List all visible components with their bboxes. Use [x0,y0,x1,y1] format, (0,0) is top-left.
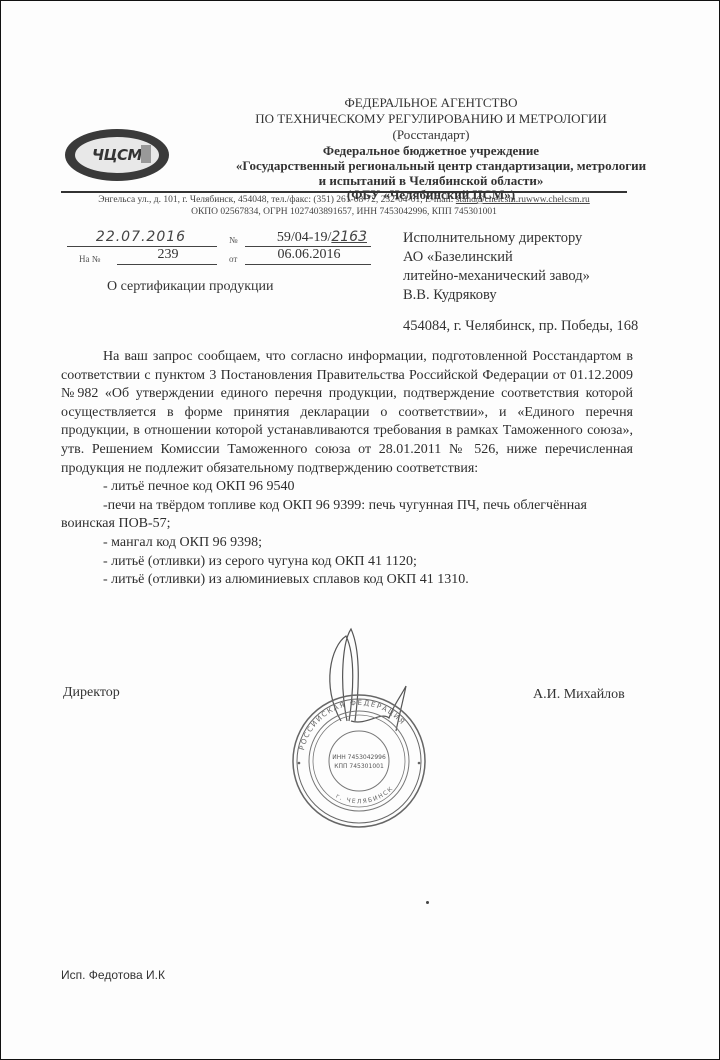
reply-to-number: 239 [119,247,217,263]
outgoing-number-printed: 59/04-19/ [277,230,331,245]
stamp-inn: ИНН 7453042996 [332,754,386,761]
product-item: - литьё (отливки) из серого чугуна код О… [61,553,633,572]
product-item: - литьё (отливки) из алюминиевых сплавов… [61,571,633,590]
executor-note: Исп. Федотова И.К [61,968,165,982]
official-stamp-icon: РОССИЙСКАЯ ФЕДЕРАЦИЯ г. ЧЕЛЯБИНСК ИНН 74… [289,691,429,831]
reply-to-underline [117,264,217,265]
svg-text:РОССИЙСКАЯ ФЕДЕРАЦИЯ: РОССИЙСКАЯ ФЕДЕРАЦИЯ [298,699,407,751]
letter-page: ЧЦСМ ФЕДЕРАЛЬНОЕ АГЕНТСТВО ПО ТЕХНИЧЕСКО… [0,0,720,1060]
stamp-ring-top: РОССИЙСКАЯ ФЕДЕРАЦИЯ [298,699,407,751]
logo-text: ЧЦСМ [92,146,142,164]
signatory-title: Директор [63,685,120,701]
institution-type: Федеральное бюджетное учреждение [181,143,681,159]
signatory-name: А.И. Михайлов [533,687,625,703]
letter-subject: О сертификации продукции [107,279,273,295]
agency-line2: ПО ТЕХНИЧЕСКОМУ РЕГУЛИРОВАНИЮ И МЕТРОЛОГ… [181,111,681,127]
agency-line1: ФЕДЕРАЛЬНОЕ АГЕНТСТВО [181,95,681,111]
letterhead-registry: ОКПО 02567834, ОГРН 1027403891657, ИНН 7… [61,206,627,218]
reply-from-underline [245,264,371,265]
recipient-address: 454084, г. Челябинск, пр. Победы, 168 [403,317,638,336]
recipient-line2: АО «Базелинский [403,248,638,267]
product-item: - мангал код ОКП 96 9398; [61,534,633,553]
outgoing-number-handwritten: 2163 [331,229,367,245]
scan-speck [426,901,429,904]
outgoing-number: 59/04-19/2163 [247,229,367,246]
stamp-ring-bottom: г. ЧЕЛЯБИНСК [335,785,396,805]
email-website-link[interactable]: stand@chelcsm.ruwww.chelcsm.ru [456,195,590,205]
body-paragraph: На ваш запрос сообщаем, что согласно инф… [61,348,633,478]
number-label: № [229,235,238,245]
recipient-line3: литейно-механический завод» [403,267,638,286]
organization-logo: ЧЦСМ [65,129,169,181]
svg-text:г. ЧЕЛЯБИНСК: г. ЧЕЛЯБИНСК [335,785,396,805]
agency-short: (Росстандарт) [181,127,681,143]
letter-body: На ваш запрос сообщаем, что согласно инф… [61,348,633,590]
recipient-block: Исполнительному директору АО «Базелински… [403,229,638,336]
address-text: Энгельса ул., д. 101, г. Челябинск, 4540… [98,195,456,205]
logo-flag-icon [141,145,151,163]
letterhead-divider [61,191,627,193]
reply-from-label: от [229,254,237,264]
product-item: - литьё печное код ОКП 96 9540 [61,478,633,497]
product-item: -печи на твёрдом топливе код ОКП 96 9399… [61,497,633,534]
outgoing-date: 22.07.2016 [71,229,211,245]
institution-name-line1: «Государственный региональный центр стан… [201,158,681,174]
reply-to-label: На № [79,254,100,264]
recipient-line1: Исполнительному директору [403,229,638,248]
letterhead-address: Энгельса ул., д. 101, г. Челябинск, 4540… [61,194,627,206]
reply-from-date: 06.06.2016 [247,247,371,263]
stamp-kpp: КПП 745301001 [334,763,384,770]
recipient-line4: В.В. Кудрякову [403,286,638,305]
